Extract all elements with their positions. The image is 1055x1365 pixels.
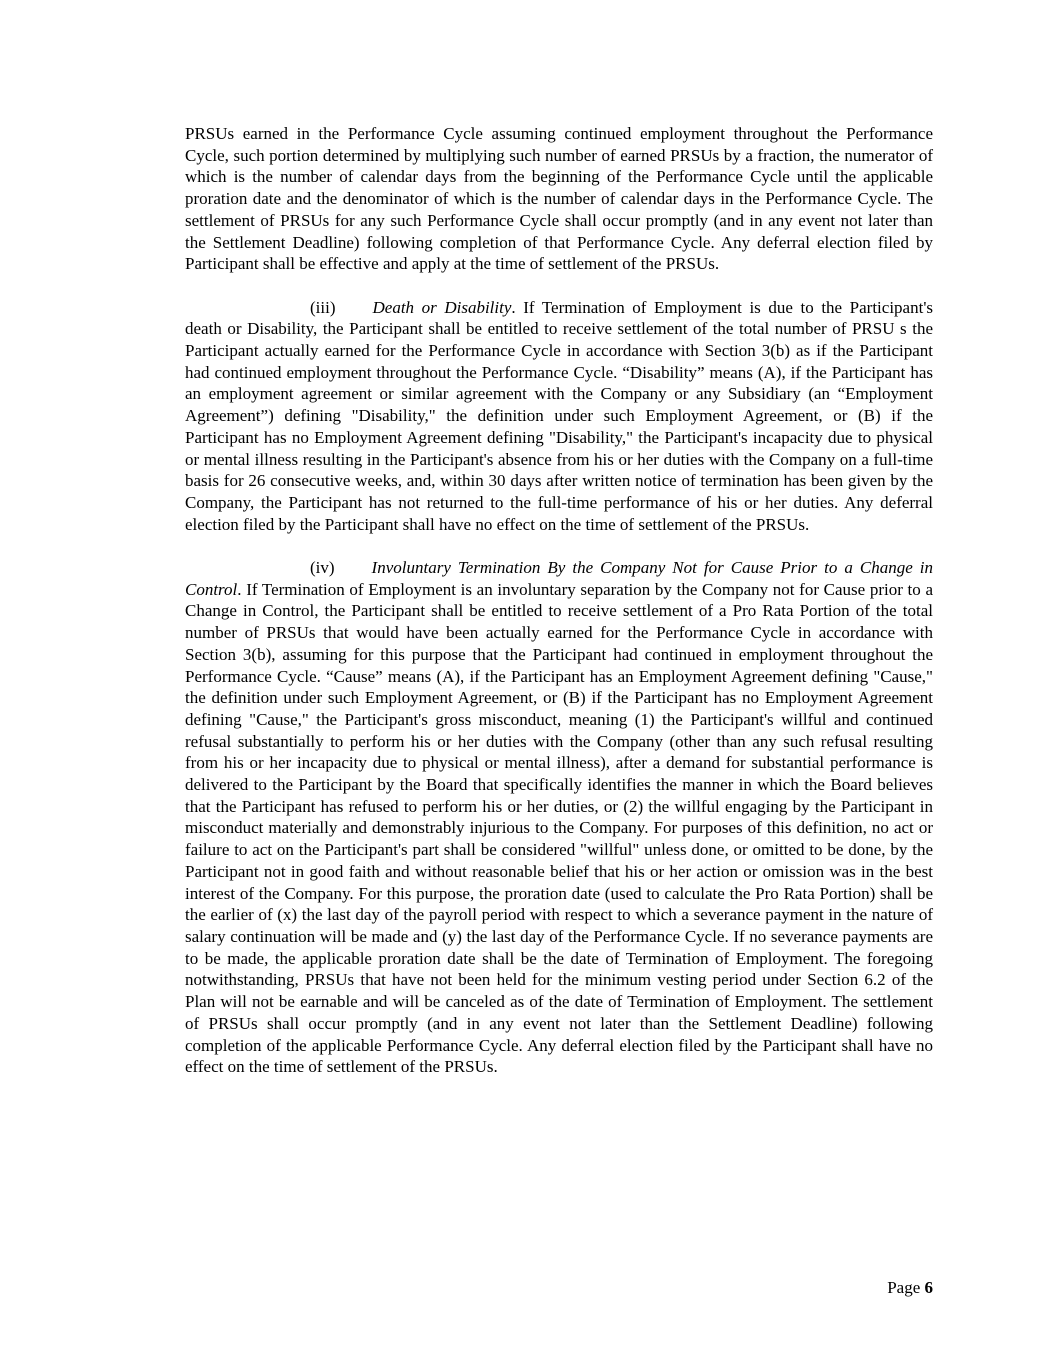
paragraph: PRSUs earned in the Performance Cycle as… (185, 123, 933, 275)
text-run: (iv) (310, 558, 335, 577)
document-body: PRSUs earned in the Performance Cycle as… (185, 123, 933, 1100)
text-run: . If Termination of Employment is due to… (185, 298, 933, 534)
italic-run: Death or Disability (373, 298, 512, 317)
page-number: 6 (925, 1278, 934, 1297)
page-footer-label: Page (887, 1278, 924, 1297)
document-page: PRSUs earned in the Performance Cycle as… (0, 0, 1055, 1365)
text-run: . If Termination of Employment is an inv… (185, 580, 933, 1076)
text-run: PRSUs earned in the Performance Cycle as… (185, 124, 933, 273)
page-footer: Page 6 (185, 1277, 933, 1299)
paragraph: (iv)Involuntary Termination By the Compa… (185, 557, 933, 1078)
paragraph: (iii)Death or Disability. If Termination… (185, 297, 933, 536)
text-run: (iii) (310, 298, 336, 317)
